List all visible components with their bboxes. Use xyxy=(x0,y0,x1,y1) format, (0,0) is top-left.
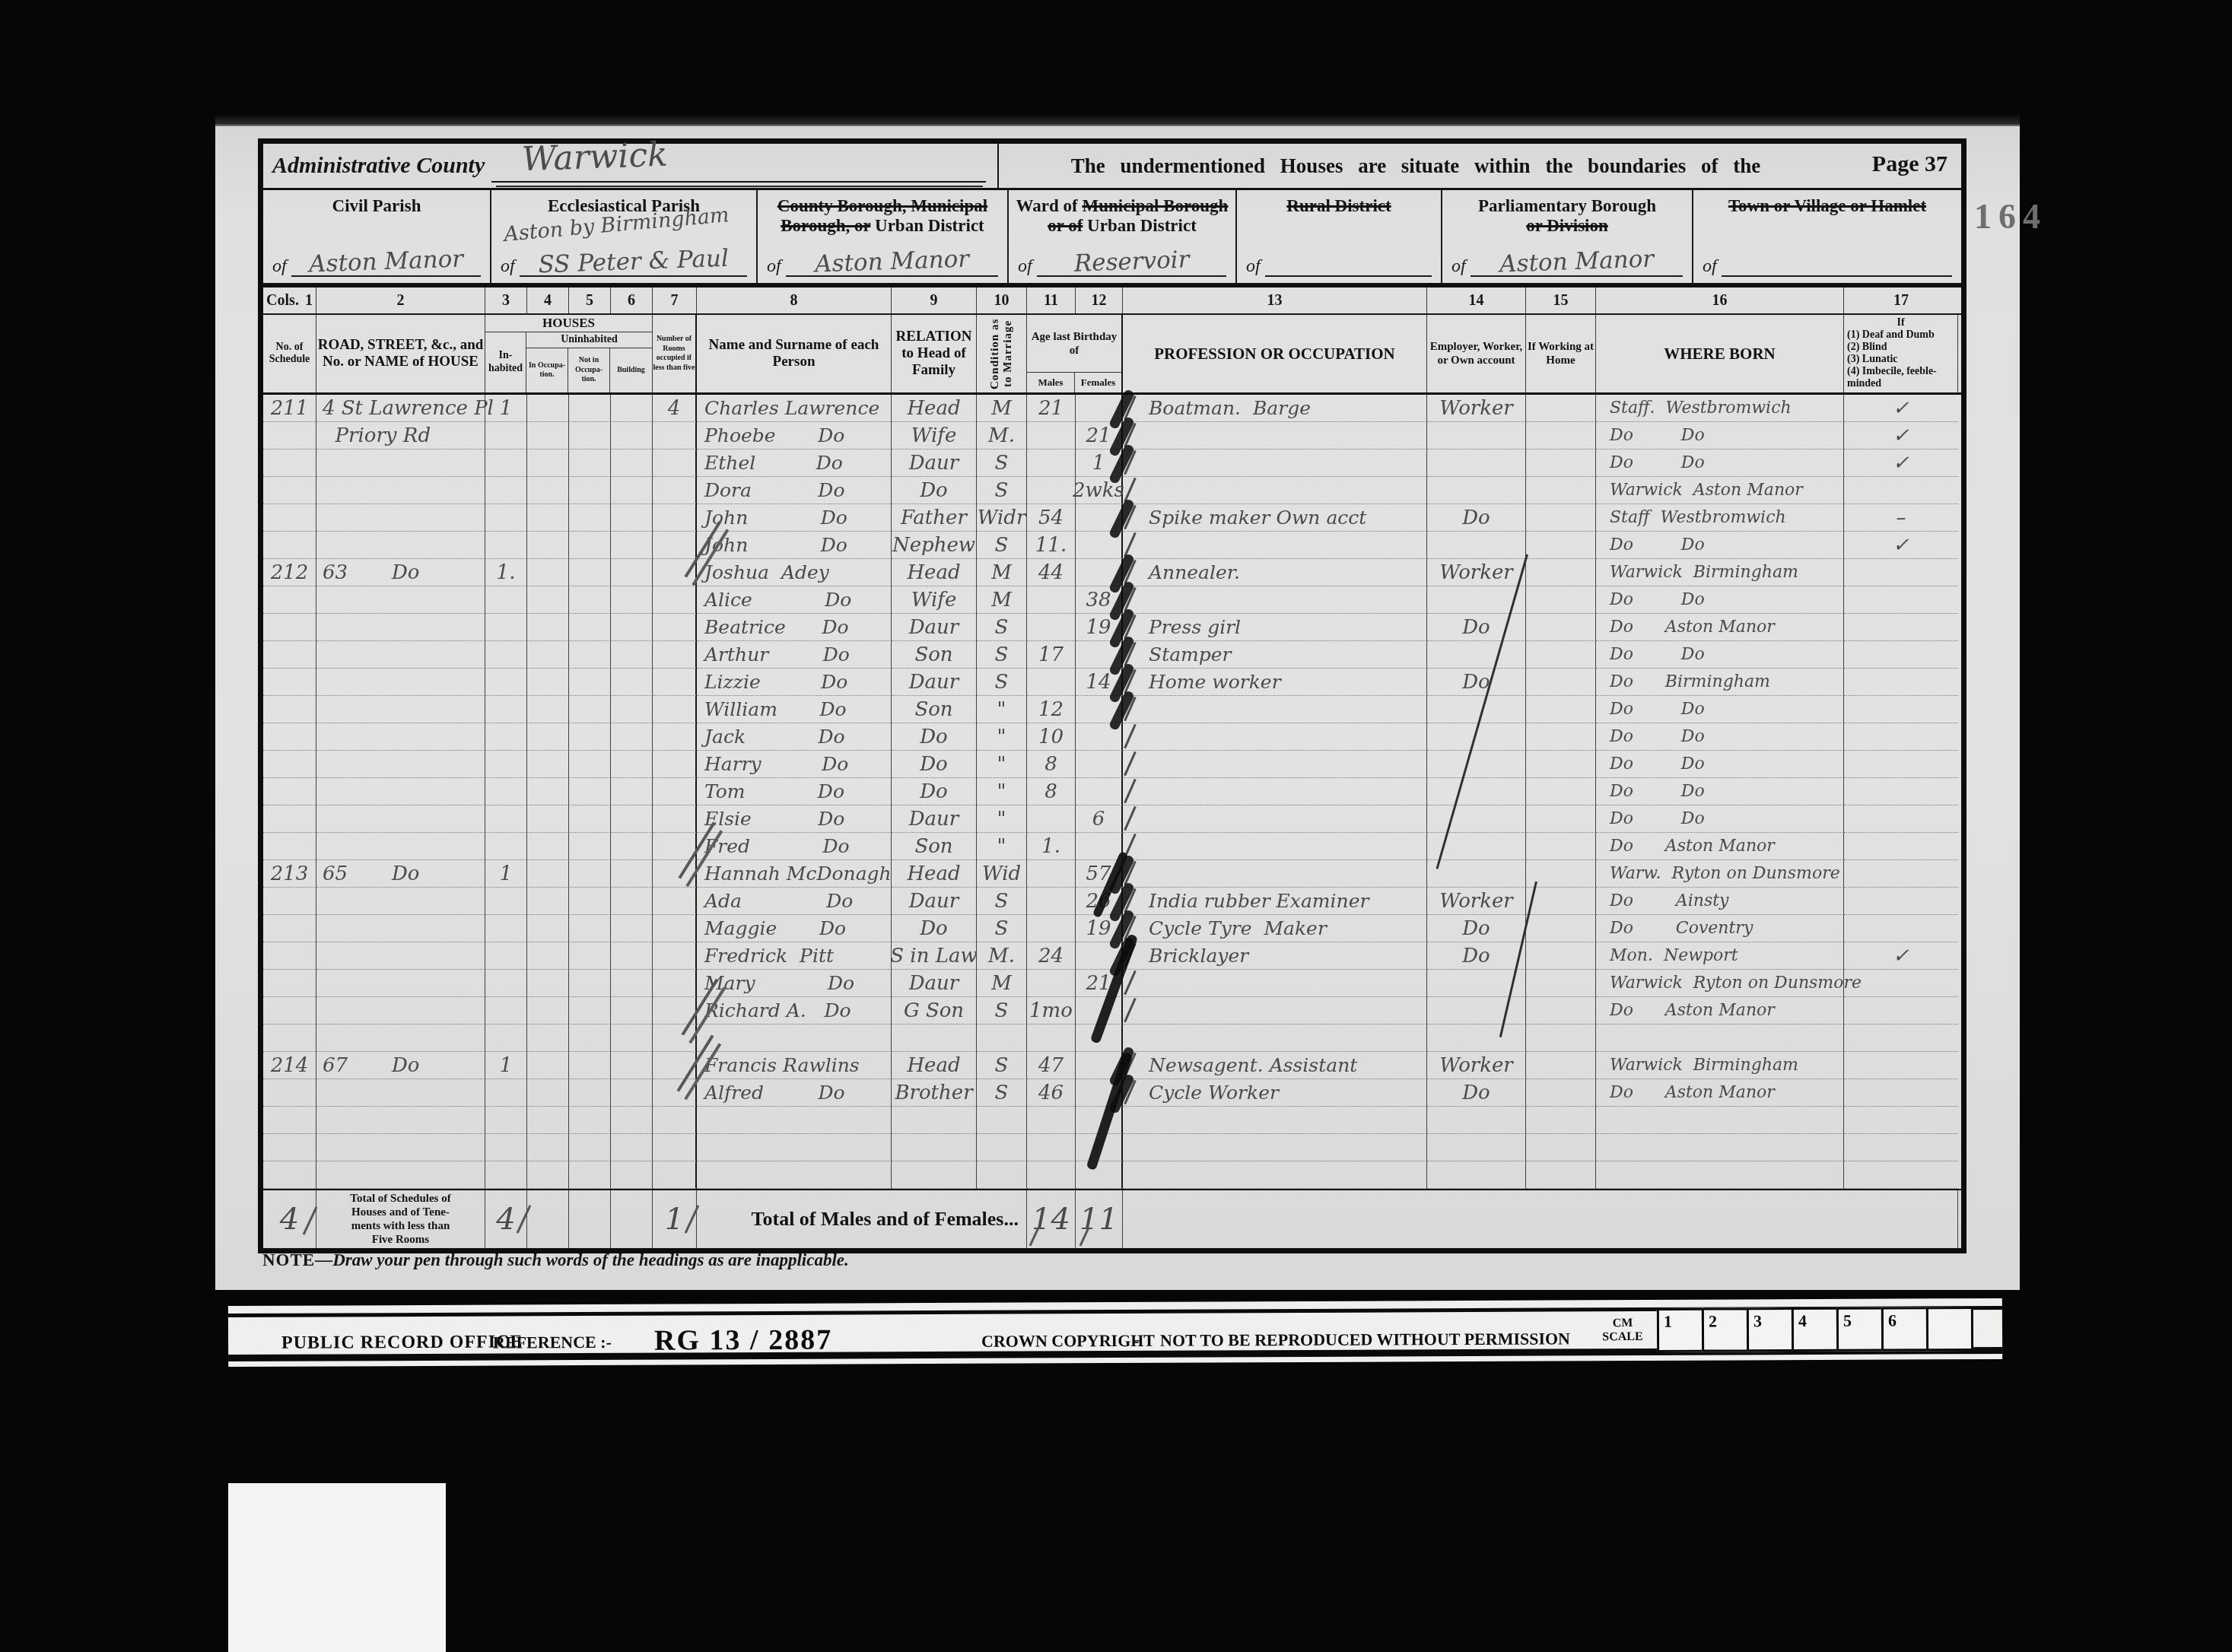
col-number: 17 xyxy=(1844,288,1958,313)
cell-schedule-text: 211 xyxy=(271,397,309,420)
cell-rooms xyxy=(653,778,697,805)
cell-employer: Worker xyxy=(1427,1052,1526,1079)
header-relation: RELATION to Head of Family xyxy=(892,315,977,392)
cell-where-born-text: Do Do xyxy=(1610,727,1705,746)
cell-in-occupation xyxy=(527,942,569,970)
cell-employer xyxy=(1427,1107,1526,1134)
cell-building xyxy=(611,997,653,1025)
cell-age-female: 6 xyxy=(1076,805,1123,833)
cell-name: Dora Do xyxy=(697,477,892,504)
cell-name xyxy=(697,1025,892,1052)
reproduction-notice: NOT TO BE REPRODUCED WITHOUT PERMISSION xyxy=(1160,1329,1570,1350)
cell-working-at-home xyxy=(1526,1161,1596,1189)
cell-infirmity: ✓ xyxy=(1844,532,1958,559)
cell-infirmity xyxy=(1844,1025,1958,1052)
cell-infirmity xyxy=(1844,751,1958,778)
cell-working-at-home xyxy=(1526,1052,1596,1079)
empty-cell xyxy=(569,1190,611,1248)
cell-age-male-text: 10 xyxy=(1038,726,1064,748)
cell-infirmity xyxy=(1844,723,1958,751)
cell-working-at-home xyxy=(1526,422,1596,450)
header-rooms: Number of Rooms occupied if less than fi… xyxy=(653,315,697,392)
cell-schedule: 214 xyxy=(263,1052,316,1079)
district-band: Civil Parish of Aston Manor Ecclesiastic… xyxy=(263,190,1961,288)
cell-rooms xyxy=(653,641,697,669)
cell-employer-text: Worker xyxy=(1439,397,1513,420)
cell-inhabited xyxy=(485,1107,527,1134)
cell-age-male-text: 12 xyxy=(1038,698,1064,721)
cell-working-at-home xyxy=(1526,723,1596,751)
cell-in-occupation xyxy=(527,778,569,805)
cell-in-occupation xyxy=(527,997,569,1025)
scale-box: 2 xyxy=(1702,1307,1749,1352)
cell-condition: M xyxy=(977,559,1027,586)
cell-where-born: Warwick Birmingham xyxy=(1596,1052,1844,1079)
cell-inhabited-text: 1. xyxy=(497,561,516,584)
cell-where-born-text: Do Do xyxy=(1610,453,1705,472)
cell-occupation-text: Cycle Tyre Maker xyxy=(1149,917,1327,939)
cell-name: Arthur Do xyxy=(697,641,892,669)
cell-schedule xyxy=(263,888,316,915)
cell-where-born: Do Do xyxy=(1596,450,1844,477)
cell-condition: S xyxy=(977,450,1027,477)
pencil-tick xyxy=(1124,998,1137,1022)
cell-in-occupation xyxy=(527,422,569,450)
cell-where-born: Do Do xyxy=(1596,532,1844,559)
cell-age-male-text: 11. xyxy=(1035,534,1067,557)
cell-not-in-occupation xyxy=(569,778,611,805)
cell-employer: Worker xyxy=(1427,395,1526,422)
cell-employer xyxy=(1427,1161,1526,1189)
cell-road xyxy=(316,970,485,997)
cell-relation: Do xyxy=(892,723,977,751)
cell-name-text: Tom Do xyxy=(704,780,844,802)
folio-stamp: 164 xyxy=(1974,196,2047,237)
cell-relation xyxy=(892,1025,977,1052)
district-heading: Rural District xyxy=(1237,196,1441,216)
cell-name-text: Jack Do xyxy=(704,726,845,748)
header-road: ROAD, STREET, &c., and No. or NAME of HO… xyxy=(316,315,485,392)
copyright-label: CROWN COPYRIGHT xyxy=(981,1331,1155,1352)
cell-not-in-occupation xyxy=(569,997,611,1025)
cell-not-in-occupation xyxy=(569,970,611,997)
cell-where-born-text: Do Do xyxy=(1610,782,1705,801)
cell-schedule: 211 xyxy=(263,395,316,422)
cell-condition: M. xyxy=(977,942,1027,970)
cell-age-male: 11. xyxy=(1027,532,1076,559)
uninhabited-group-label: Uninhabited xyxy=(526,332,652,348)
cell-name-text: Joshua Adey xyxy=(704,561,829,583)
cell-relation: Son xyxy=(892,696,977,723)
cell-infirmity-text: ✓ xyxy=(1893,534,1909,557)
cell-occupation xyxy=(1123,1134,1427,1161)
cell-infirmity xyxy=(1844,669,1958,696)
cell-condition-text: S xyxy=(995,643,1009,666)
cell-name: Fredrick Pitt xyxy=(697,942,892,970)
cell-not-in-occupation xyxy=(569,422,611,450)
col-number: 6 xyxy=(611,288,653,313)
cell-where-born: Warwick Aston Manor xyxy=(1596,477,1844,504)
cell-in-occupation xyxy=(527,888,569,915)
district-value xyxy=(1722,272,1952,280)
cell-condition-text: S xyxy=(995,616,1009,639)
cell-where-born: Do Ainsty xyxy=(1596,888,1844,915)
cell-condition-text: " xyxy=(997,780,1006,803)
cell-infirmity-text: – xyxy=(1897,507,1906,529)
underline xyxy=(496,186,983,187)
cell-in-occupation xyxy=(527,723,569,751)
table-row: 2114 St Lawrence Pl14Charles LawrenceHea… xyxy=(263,395,1961,422)
cell-rooms xyxy=(653,1161,697,1189)
cell-infirmity xyxy=(1844,1161,1958,1189)
table-row: Harry DoDo"8Do Do xyxy=(263,751,1961,778)
cell-in-occupation xyxy=(527,559,569,586)
cell-relation-text: S in Law xyxy=(890,945,977,967)
cell-inhabited xyxy=(485,778,527,805)
cell-relation: Daur xyxy=(892,888,977,915)
cell-condition: S xyxy=(977,1052,1027,1079)
cell-condition: S xyxy=(977,614,1027,641)
cell-age-male-text: 17 xyxy=(1038,643,1064,666)
cell-relation-text: Do xyxy=(920,726,948,748)
cell-in-occupation xyxy=(527,395,569,422)
cell-age-male: 44 xyxy=(1027,559,1076,586)
page-number: Page 37 xyxy=(1872,151,1947,177)
cell-inhabited xyxy=(485,751,527,778)
cell-road xyxy=(316,888,485,915)
cell-working-at-home xyxy=(1526,477,1596,504)
cell-occupation xyxy=(1123,696,1427,723)
cell-road: 65 Do xyxy=(316,860,485,888)
cell-where-born-text: Do Aston Manor xyxy=(1610,1001,1775,1020)
cell-name: Harry Do xyxy=(697,751,892,778)
cell-schedule xyxy=(263,477,316,504)
cell-not-in-occupation xyxy=(569,614,611,641)
cell-age-male: 8 xyxy=(1027,778,1076,805)
cell-working-at-home xyxy=(1526,504,1596,532)
header-home: If Working at Home xyxy=(1526,315,1596,392)
cell-inhabited xyxy=(485,504,527,532)
cell-age-male: 17 xyxy=(1027,641,1076,669)
cell-condition: Widr xyxy=(977,504,1027,532)
table-row: Fred DoSon"1.Do Aston Manor xyxy=(263,833,1961,860)
table-row: 21263 Do1.Joshua AdeyHeadM44Annealer.Wor… xyxy=(263,559,1961,586)
district-heading: Parliamentary Borough or Division xyxy=(1442,196,1692,236)
district-ward: Ward of Municipal Borough or of Urban Di… xyxy=(1009,190,1237,283)
cell-where-born-text: Warw. Ryton on Dunsmore xyxy=(1610,864,1840,883)
cell-name-text: John Do xyxy=(704,534,847,556)
cell-road xyxy=(316,751,485,778)
cell-schedule: 212 xyxy=(263,559,316,586)
cell-rooms xyxy=(653,422,697,450)
cell-working-at-home xyxy=(1526,942,1596,970)
cell-infirmity xyxy=(1844,696,1958,723)
cell-schedule xyxy=(263,805,316,833)
cell-where-born: Do Do xyxy=(1596,723,1844,751)
cell-in-occupation xyxy=(527,532,569,559)
cell-condition-text: S xyxy=(995,917,1009,940)
cell-infirmity-text: ✓ xyxy=(1893,397,1909,420)
cell-occupation xyxy=(1123,833,1427,860)
cell-building xyxy=(611,532,653,559)
scale-box: 4 xyxy=(1792,1307,1839,1352)
cell-relation-text: Nephew xyxy=(892,534,975,557)
cell-employer: Do xyxy=(1427,942,1526,970)
cell-relation-text: Do xyxy=(920,479,948,502)
cell-rooms xyxy=(653,559,697,586)
cell-working-at-home xyxy=(1526,778,1596,805)
cell-inhabited xyxy=(485,805,527,833)
cell-age-male-text: 47 xyxy=(1038,1054,1064,1077)
cell-occupation xyxy=(1123,586,1427,614)
pencil-tick xyxy=(1124,724,1137,748)
cell-building xyxy=(611,395,653,422)
cell-relation: Do xyxy=(892,778,977,805)
cell-road xyxy=(316,450,485,477)
cell-not-in-occupation xyxy=(569,1052,611,1079)
cell-where-born-text: Mon. Newport xyxy=(1610,946,1738,965)
cell-in-occupation xyxy=(527,805,569,833)
cell-employer xyxy=(1427,641,1526,669)
cell-occupation-text: Spike maker Own acct xyxy=(1149,507,1366,529)
cell-employer-text: Do xyxy=(1462,507,1490,529)
scale-box xyxy=(1926,1307,1973,1351)
cell-infirmity xyxy=(1844,1052,1958,1079)
cell-in-occupation xyxy=(527,1079,569,1107)
cell-relation: Daur xyxy=(892,805,977,833)
cell-road xyxy=(316,942,485,970)
cell-relation-text: Son xyxy=(914,643,952,666)
cell-relation: S in Law xyxy=(892,942,977,970)
cell-age-male xyxy=(1027,669,1076,696)
cell-relation: G Son xyxy=(892,997,977,1025)
cell-name: Fred Do xyxy=(697,833,892,860)
cell-working-at-home xyxy=(1526,833,1596,860)
cell-working-at-home xyxy=(1526,997,1596,1025)
cell-relation: Son xyxy=(892,641,977,669)
cell-working-at-home xyxy=(1526,614,1596,641)
cell-inhabited xyxy=(485,942,527,970)
col-number: 16 xyxy=(1596,288,1844,313)
houses-group-label: HOUSES xyxy=(485,315,652,332)
cell-building xyxy=(611,723,653,751)
cell-road-text: 65 Do xyxy=(323,863,419,885)
cell-building xyxy=(611,1025,653,1052)
cell-schedule xyxy=(263,778,316,805)
cell-where-born xyxy=(1596,1025,1844,1052)
footnote: NOTE—Draw your pen through such words of… xyxy=(262,1250,849,1270)
cell-condition: S xyxy=(977,888,1027,915)
census-page: 164 Administrative County Warwick The un… xyxy=(215,126,2020,1290)
cell-inhabited: 1 xyxy=(485,1052,527,1079)
cell-employer xyxy=(1427,860,1526,888)
cell-relation xyxy=(892,1107,977,1134)
cell-building xyxy=(611,833,653,860)
cell-name: Alfred Do xyxy=(697,1079,892,1107)
cell-infirmity: ✓ xyxy=(1844,450,1958,477)
cell-occupation: Spike maker Own acct xyxy=(1123,504,1427,532)
cell-relation: Nephew xyxy=(892,532,977,559)
cell-road xyxy=(316,778,485,805)
cell-schedule xyxy=(263,751,316,778)
cell-infirmity xyxy=(1844,614,1958,641)
cell-infirmity: ✓ xyxy=(1844,942,1958,970)
header-males: Males xyxy=(1027,373,1075,392)
cell-age-female-text: 19 xyxy=(1086,917,1111,940)
cell-schedule xyxy=(263,942,316,970)
cell-condition-text: Wid xyxy=(982,863,1021,885)
cell-where-born-text: Do Coventry xyxy=(1610,919,1753,938)
pencil-tick xyxy=(1124,806,1137,831)
cell-relation-text: Daur xyxy=(909,616,959,639)
cell-rooms xyxy=(653,751,697,778)
cell-occupation xyxy=(1123,751,1427,778)
cell-age-male xyxy=(1027,970,1076,997)
cell-schedule xyxy=(263,614,316,641)
cell-inhabited xyxy=(485,422,527,450)
cell-name-text: Ethel Do xyxy=(704,452,843,474)
cell-rooms xyxy=(653,532,697,559)
cell-employer: Do xyxy=(1427,1079,1526,1107)
cell-building xyxy=(611,915,653,942)
cell-name-text: John Do xyxy=(704,507,847,529)
census-form: Administrative County Warwick The underm… xyxy=(258,138,1967,1253)
cell-not-in-occupation xyxy=(569,641,611,669)
cell-occupation xyxy=(1123,1025,1427,1052)
cell-where-born: Staff Westbromwich xyxy=(1596,504,1844,532)
cell-name: Francis Rawlins xyxy=(697,1052,892,1079)
cell-infirmity xyxy=(1844,888,1958,915)
cell-age-male-text: 54 xyxy=(1038,507,1064,529)
cell-occupation-text: India rubber Examiner xyxy=(1149,890,1369,912)
cell-condition xyxy=(977,1161,1027,1189)
col-number: 14 xyxy=(1427,288,1526,313)
cell-condition-text: M xyxy=(991,397,1012,420)
cell-building xyxy=(611,778,653,805)
cell-where-born: Warwick Ryton on Dunsmore xyxy=(1596,970,1844,997)
cell-age-male xyxy=(1027,450,1076,477)
cell-relation-text: Head xyxy=(907,863,960,885)
cell-name-text: Beatrice Do xyxy=(704,616,849,638)
cell-rooms xyxy=(653,450,697,477)
cell-where-born: Do Birmingham xyxy=(1596,669,1844,696)
cell-condition-text: S xyxy=(995,479,1009,502)
cell-not-in-occupation xyxy=(569,477,611,504)
cell-inhabited xyxy=(485,586,527,614)
cell-in-occupation xyxy=(527,1025,569,1052)
cell-road: 4 St Lawrence Pl xyxy=(316,395,485,422)
cell-not-in-occupation xyxy=(569,942,611,970)
cell-condition: S xyxy=(977,997,1027,1025)
cell-relation: Do xyxy=(892,477,977,504)
cell-condition: " xyxy=(977,778,1027,805)
cell-condition-text: M xyxy=(991,561,1012,584)
cell-occupation: Cycle Tyre Maker xyxy=(1123,915,1427,942)
cell-road-text: 4 St Lawrence Pl xyxy=(323,397,494,420)
district-value: SS Peter & Paul xyxy=(519,244,747,279)
cell-occupation-text: Stamper xyxy=(1149,643,1232,666)
cell-employer-text: Do xyxy=(1462,1082,1490,1104)
cell-inhabited xyxy=(485,450,527,477)
cell-not-in-occupation xyxy=(569,1134,611,1161)
district-rural: Rural District of xyxy=(1237,190,1442,283)
cell-occupation-text: Newsagent. Assistant xyxy=(1149,1054,1357,1076)
separator: - xyxy=(1133,1331,1139,1351)
cell-condition xyxy=(977,1107,1027,1134)
district-value: Aston Manor xyxy=(785,244,998,279)
cell-age-male-text: 46 xyxy=(1038,1082,1064,1104)
cell-building xyxy=(611,942,653,970)
cell-in-occupation xyxy=(527,450,569,477)
cell-employer xyxy=(1427,751,1526,778)
header-name: Name and Surname of each Person xyxy=(697,315,892,392)
district-parliamentary-borough: Parliamentary Borough or Division of Ast… xyxy=(1442,190,1693,283)
cell-schedule xyxy=(263,1161,316,1189)
cell-working-at-home xyxy=(1526,1025,1596,1052)
district-heading: Civil Parish xyxy=(263,196,490,216)
header-born: WHERE BORN xyxy=(1596,315,1844,392)
cell-schedule xyxy=(263,1107,316,1134)
cell-building xyxy=(611,669,653,696)
cell-schedule-text: 213 xyxy=(271,863,309,885)
cell-occupation xyxy=(1123,778,1427,805)
cell-where-born-text: Warwick Birmingham xyxy=(1610,1056,1798,1075)
cell-occupation-text: Cycle Worker xyxy=(1149,1082,1279,1104)
cell-where-born-text: Do Do xyxy=(1610,700,1705,719)
cell-condition: S xyxy=(977,477,1027,504)
cell-name: Phoebe Do xyxy=(697,422,892,450)
cell-name-text: Phoebe Do xyxy=(704,424,844,446)
cell-age-male xyxy=(1027,614,1076,641)
cell-where-born: Do Aston Manor xyxy=(1596,614,1844,641)
cell-employer: Worker xyxy=(1427,888,1526,915)
cell-relation: Daur xyxy=(892,970,977,997)
district-value-line: of Aston Manor xyxy=(272,242,481,277)
cell-working-at-home xyxy=(1526,669,1596,696)
cell-inhabited xyxy=(485,477,527,504)
cell-infirmity xyxy=(1844,477,1958,504)
cell-name: Ada Do xyxy=(697,888,892,915)
cell-building xyxy=(611,1079,653,1107)
reference-label: REFERENCE :- xyxy=(493,1333,612,1353)
cell-age-male xyxy=(1027,1161,1076,1189)
reference-number: RG 13 / 2887 xyxy=(654,1323,832,1358)
cell-age-male xyxy=(1027,1025,1076,1052)
total-schedules-value: 4 xyxy=(263,1190,316,1248)
cell-building xyxy=(611,586,653,614)
cell-in-occupation xyxy=(527,669,569,696)
cell-employer-text: Worker xyxy=(1439,890,1513,913)
cell-name-text: Mary Do xyxy=(704,972,854,994)
cell-occupation xyxy=(1123,477,1427,504)
cell-occupation xyxy=(1123,970,1427,997)
cell-schedule xyxy=(263,641,316,669)
cell-relation: Head xyxy=(892,1052,977,1079)
cell-age-female-text: 6 xyxy=(1092,808,1105,831)
cell-road xyxy=(316,669,485,696)
cell-not-in-occupation xyxy=(569,860,611,888)
cell-occupation: India rubber Examiner xyxy=(1123,888,1427,915)
cell-relation: Do xyxy=(892,751,977,778)
district-value-line: of Aston Manor xyxy=(767,242,998,277)
cell-employer xyxy=(1427,997,1526,1025)
cell-age-male xyxy=(1027,805,1076,833)
cell-building xyxy=(611,1134,653,1161)
cell-inhabited xyxy=(485,669,527,696)
cell-name: Hannah McDonagh xyxy=(697,860,892,888)
cell-not-in-occupation xyxy=(569,723,611,751)
cell-condition-text: S xyxy=(995,999,1009,1022)
